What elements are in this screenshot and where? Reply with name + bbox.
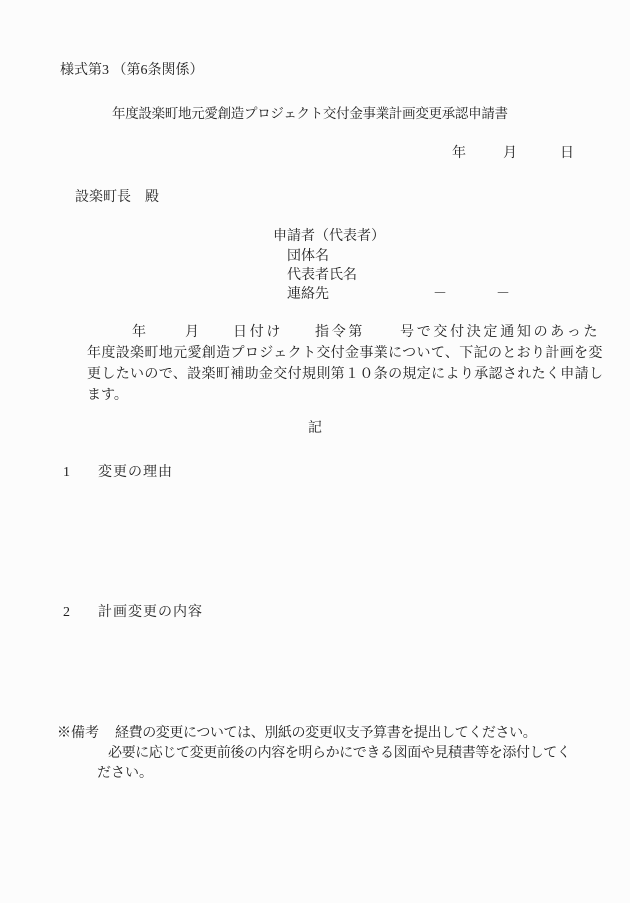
form-number: 様式第3 （第6条関係） (60, 62, 204, 80)
section-2-title: 計画変更の内容 (98, 604, 203, 622)
notes-line-3: ださい。 (97, 765, 153, 783)
section-1-number: 1 (63, 464, 70, 482)
date-year-label: 年 (452, 145, 466, 163)
addressee: 設楽町長 殿 (75, 189, 159, 207)
section-1-title: 変更の理由 (98, 464, 173, 482)
notes-marker: ※備考 (57, 725, 99, 743)
body-line1-directive-no: 指令第 (315, 324, 365, 342)
date-day-label: 日 (560, 145, 574, 163)
contact-dash-1: － (433, 286, 447, 304)
section-2-number: 2 (63, 604, 70, 622)
body-line1-dated: 日付け (233, 324, 283, 342)
notes-line-2: 必要に応じて変更前後の内容を明らかにできる図面や見積書等を添付してく (108, 745, 570, 763)
application-form-page: 様式第3 （第6条関係） 年度設楽町地元愛創造プロジェクト交付金事業計画変更承認… (0, 0, 630, 903)
body-line3: 更したいので、設楽町補助金交付規則第１０条の規定により承認されたく申請し (87, 366, 603, 384)
body-line2: 年度設楽町地元愛創造プロジェクト交付金事業について、下記のとおり計画を変 (87, 345, 603, 363)
date-month-label: 月 (503, 145, 517, 163)
document-title: 年度設楽町地元愛創造プロジェクト交付金事業計画変更承認申請書 (112, 106, 508, 123)
representative-name-label: 代表者氏名 (287, 267, 357, 285)
org-name-label: 団体名 (287, 248, 329, 266)
contact-label: 連絡先 (287, 286, 329, 304)
body-line1-notice-text: 号で交付決定通知のあった (400, 324, 600, 342)
body-line1-year: 年 (132, 324, 146, 342)
record-marker: 記 (0, 420, 630, 438)
body-line4: ます。 (87, 387, 128, 405)
contact-dash-2: － (496, 286, 510, 304)
applicant-heading: 申請者（代表者） (273, 228, 385, 246)
body-line1-month: 月 (185, 324, 199, 342)
notes-line-1: 経費の変更については、別紙の変更収支予算書を提出してください。 (115, 725, 536, 743)
